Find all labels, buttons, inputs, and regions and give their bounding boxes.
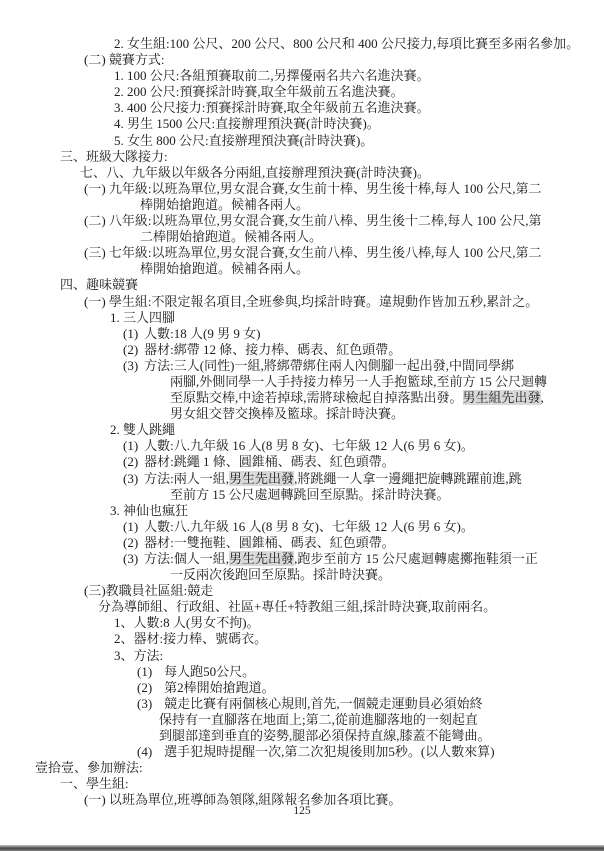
document-line: 保持有一直腳落在地面上;第二,從前進腳落地的一刻起直 [0, 712, 604, 728]
document-line: (1)人數:八.九年級 16 人(8 男 8 女)、七年級 12 人(6 男 6… [0, 438, 604, 454]
document-text: (2) [137, 680, 152, 695]
document-text: 保持有一直腳落在地面上;第二,從前進腳落地的一刻起直 [159, 712, 478, 727]
document-text: (二) 八年級:以班為單位,男女混合賽,女生前八棒、男生後十二棒,每人 100 … [84, 213, 542, 228]
document-text: 至原點交棒,中途若掉球,需將球檢起自掉落點出發。 [170, 390, 463, 405]
page-number: 125 [0, 804, 604, 818]
document-text: 一反兩次後跑回至原點。採計時決賽。 [170, 567, 391, 582]
document-text: 四、趣味競賽 [60, 277, 138, 292]
document-text: (1) [123, 519, 138, 534]
document-line: (1)每人跑50公尺。 [0, 664, 604, 680]
document-body: 2. 女生組:100 公尺、200 公尺、800 公尺和 400 公尺接力,每項… [0, 36, 604, 809]
document-text: 5. 女生 800 公尺:直接辦理預決賽(計時決賽)。 [114, 133, 373, 148]
document-text: 器材:一雙拖鞋、圓錐桶、碼表、紅色頭帶。 [144, 535, 395, 550]
document-text: 方法:兩人一組, [144, 471, 229, 486]
document-text: (3) [137, 696, 152, 711]
document-text: (1) [137, 664, 152, 679]
document-text: (一) 學生組:不限定報名項目,全班參與,均採計時賽。違規動作皆加五秒,累計之。 [84, 294, 538, 309]
window-bottom-edge [0, 845, 604, 851]
document-text: (1) [123, 326, 138, 341]
document-text: 3、方法: [114, 648, 163, 663]
document-line: 一、學生組: [0, 776, 604, 792]
document-line: 3. 神仙也瘋狂 [0, 503, 604, 519]
document-text: 2. 雙人跳繩 [110, 422, 175, 437]
document-line: 男女組交替交換棒及籃球。採計時決賽。 [0, 406, 604, 422]
document-text: 壹拾壹、參加辦法: [35, 760, 143, 775]
highlighted-text: 男生組先出發 [463, 390, 541, 405]
document-text: 4. 男生 1500 公尺:直接辦理預決賽(計時決賽)。 [114, 116, 380, 131]
document-line: 分為導師組、行政組、社區+專任+特教組三組,採計時決賽,取前兩名。 [0, 599, 604, 615]
document-line: 四、趣味競賽 [0, 277, 604, 293]
document-text: 1. 三人四腳 [110, 310, 175, 325]
document-line: (一) 學生組:不限定報名項目,全班參與,均採計時賽。違規動作皆加五秒,累計之。 [0, 294, 604, 310]
document-text: 一、學生組: [60, 776, 129, 791]
document-text: 每人跑50公尺。 [164, 664, 255, 679]
document-text: 2. 女生組:100 公尺、200 公尺、800 公尺和 400 公尺接力,每項… [114, 36, 579, 51]
document-text: (2) [123, 454, 138, 469]
highlighted-text: 男生先出發 [229, 551, 294, 566]
list-label-gap [152, 691, 164, 692]
highlighted-text: 男生先出發 [229, 471, 294, 486]
document-line: 三、班級大隊接力: [0, 149, 604, 165]
document-line: (2)器材:一雙拖鞋、圓錐桶、碼表、紅色頭帶。 [0, 535, 604, 551]
document-text: (3) [123, 551, 138, 566]
document-text: 方法:個人一組, [144, 551, 229, 566]
document-text: 競走比賽有兩個核心規則,首先,一個競走運動員必須始終 [164, 696, 483, 711]
document-line: 棒開始搶跑道。候補各兩人。 [0, 261, 604, 277]
document-line: (三)教職員社區組:競走 [0, 583, 604, 599]
document-line: (3)競走比賽有兩個核心規則,首先,一個競走運動員必須始終 [0, 696, 604, 712]
document-text: (3) [123, 471, 138, 486]
document-text: 分為導師組、行政組、社區+專任+特教組三組,採計時決賽,取前兩名。 [98, 599, 496, 614]
document-text: (三)教職員社區組:競走 [84, 583, 213, 598]
document-line: 到腿部達到垂直的姿勢,腿部必須保持直線,膝蓋不能彎曲。 [0, 728, 604, 744]
document-text: (三) 七年級:以班為單位,男女混合賽,女生前八棒、男生後八棒,每人 100 公… [84, 245, 542, 260]
document-text: 棒開始搶跑道。候補各兩人。 [140, 261, 309, 276]
document-line: (3)方法:三人(同性)一組,將綁帶綁住兩人內側腳一起出發,中間同學綁 [0, 358, 604, 374]
document-text: 二棒開始搶跑道。候補各兩人。 [140, 229, 322, 244]
document-line: 二棒開始搶跑道。候補各兩人。 [0, 229, 604, 245]
document-line: 七、八、九年級以年級各分兩組,直接辦理預決賽(計時決賽)。 [0, 165, 604, 181]
document-text: 選手犯規時提醒一次,第二次犯規後則加5秒。(以人數來算) [164, 744, 494, 759]
document-line: 2. 雙人跳繩 [0, 422, 604, 438]
document-line: 1. 三人四腳 [0, 310, 604, 326]
document-line: 1. 100 公尺:各組預賽取前二,另擇優兩名共六名進決賽。 [0, 68, 604, 84]
document-line: (1)人數:18 人(9 男 9 女) [0, 326, 604, 342]
document-line: (三) 七年級:以班為單位,男女混合賽,女生前八棒、男生後八棒,每人 100 公… [0, 245, 604, 261]
document-line: 壹拾壹、參加辦法: [0, 760, 604, 776]
document-text: 男女組交替交換棒及籃球。採計時決賽。 [170, 406, 404, 421]
document-line: (4)選手犯規時提醒一次,第二次犯規後則加5秒。(以人數來算) [0, 744, 604, 760]
list-label-gap [152, 707, 164, 708]
document-line: 2. 200 公尺:預賽採計時賽,取全年級前五名進決賽。 [0, 84, 604, 100]
list-label-gap [152, 755, 164, 756]
document-text: 到腿部達到垂直的姿勢,腿部必須保持直線,膝蓋不能彎曲。 [159, 728, 491, 743]
document-line: (2)第2棒開始搶跑道。 [0, 680, 604, 696]
document-line: 兩腳,外側同學一人手持接力棒另一人手抱籃球,至前方 15 公尺迴轉 [0, 374, 604, 390]
document-text: 方法:三人(同性)一組,將綁帶綁住兩人內側腳一起出發,中間同學綁 [144, 358, 514, 373]
list-label-gap [152, 675, 164, 676]
document-line: 3、方法: [0, 648, 604, 664]
document-line: 4. 男生 1500 公尺:直接辦理預決賽(計時決賽)。 [0, 116, 604, 132]
document-text: 人數:18 人(9 男 9 女) [144, 326, 260, 341]
document-text: (2) [123, 535, 138, 550]
document-line: (2)器材:綁帶 12 條、接力棒、碼表、紅色頭帶。 [0, 342, 604, 358]
document-line: (二) 八年級:以班為單位,男女混合賽,女生前八棒、男生後十二棒,每人 100 … [0, 213, 604, 229]
document-line: 5. 女生 800 公尺:直接辦理預決賽(計時決賽)。 [0, 133, 604, 149]
document-line: 至前方 15 公尺處迴轉跳回至原點。採計時決賽。 [0, 487, 604, 503]
document-text: 三、班級大隊接力: [60, 149, 168, 164]
document-text: 至前方 15 公尺處迴轉跳回至原點。採計時決賽。 [170, 487, 450, 502]
document-text: 七、八、九年級以年級各分兩組,直接辦理預決賽(計時決賽)。 [80, 165, 430, 180]
document-text: , [541, 390, 544, 405]
document-line: 3. 400 公尺接力:預賽採計時賽,取全年級前五名進決賽。 [0, 100, 604, 116]
document-line: (一) 九年級:以班為單位,男女混合賽,女生前十棒、男生後十棒,每人 100 公… [0, 181, 604, 197]
document-line: 棒開始搶跑道。候補各兩人。 [0, 197, 604, 213]
document-line: (3)方法:兩人一組,男生先出發,將跳繩一人拿一邊繩把旋轉跳躍前進,跳 [0, 471, 604, 487]
document-line: 1、人數:8 人(男女不拘)。 [0, 615, 604, 631]
document-line: (1)人數:八.九年級 16 人(8 男 8 女)、七年級 12 人(6 男 6… [0, 519, 604, 535]
document-text: 人數:八.九年級 16 人(8 男 8 女)、七年級 12 人(6 男 6 女)… [144, 438, 474, 453]
document-line: 一反兩次後跑回至原點。採計時決賽。 [0, 567, 604, 583]
document-line: (二) 競賽方式: [0, 52, 604, 68]
document-text: 兩腳,外側同學一人手持接力棒另一人手抱籃球,至前方 15 公尺迴轉 [170, 374, 547, 389]
document-text: 器材:跳繩 1 條、圓錐桶、碼表、紅色頭帶。 [144, 454, 395, 469]
document-text: 2. 200 公尺:預賽採計時賽,取全年級前五名進決賽。 [114, 84, 404, 99]
document-text: 第2棒開始搶跑道。 [164, 680, 275, 695]
document-line: (3)方法:個人一組,男生先出發,跑步至前方 15 公尺處迴轉處擲拖鞋須一正 [0, 551, 604, 567]
document-text: 棒開始搶跑道。候補各兩人。 [140, 197, 309, 212]
document-line: 2、器材:接力棒、號碼衣。 [0, 631, 604, 647]
document-text: 3. 400 公尺接力:預賽採計時賽,取全年級前五名進決賽。 [114, 100, 430, 115]
document-text: 1. 100 公尺:各組預賽取前二,另擇優兩名共六名進決賽。 [114, 68, 430, 83]
document-text: (4) [137, 744, 152, 759]
document-text: 2、器材:接力棒、號碼衣。 [114, 631, 267, 646]
document-text: (二) 競賽方式: [84, 52, 165, 67]
document-text: 1、人數:8 人(男女不拘)。 [114, 615, 260, 630]
document-page: 2. 女生組:100 公尺、200 公尺、800 公尺和 400 公尺接力,每項… [0, 0, 604, 851]
document-text: ,將跳繩一人拿一邊繩把旋轉跳躍前進,跳 [294, 471, 522, 486]
document-line: 2. 女生組:100 公尺、200 公尺、800 公尺和 400 公尺接力,每項… [0, 36, 604, 52]
document-line: 至原點交棒,中途若掉球,需將球檢起自掉落點出發。男生組先出發, [0, 390, 604, 406]
document-text: (一) 九年級:以班為單位,男女混合賽,女生前十棒、男生後十棒,每人 100 公… [84, 181, 542, 196]
document-text: (3) [123, 358, 138, 373]
document-line: (2)器材:跳繩 1 條、圓錐桶、碼表、紅色頭帶。 [0, 454, 604, 470]
document-text: 器材:綁帶 12 條、接力棒、碼表、紅色頭帶。 [144, 342, 401, 357]
document-text: ,跑步至前方 15 公尺處迴轉處擲拖鞋須一正 [294, 551, 538, 566]
document-text: 3. 神仙也瘋狂 [110, 503, 188, 518]
document-text: 人數:八.九年級 16 人(8 男 8 女)、七年級 12 人(6 男 6 女)… [144, 519, 474, 534]
document-text: (2) [123, 342, 138, 357]
document-text: (1) [123, 438, 138, 453]
